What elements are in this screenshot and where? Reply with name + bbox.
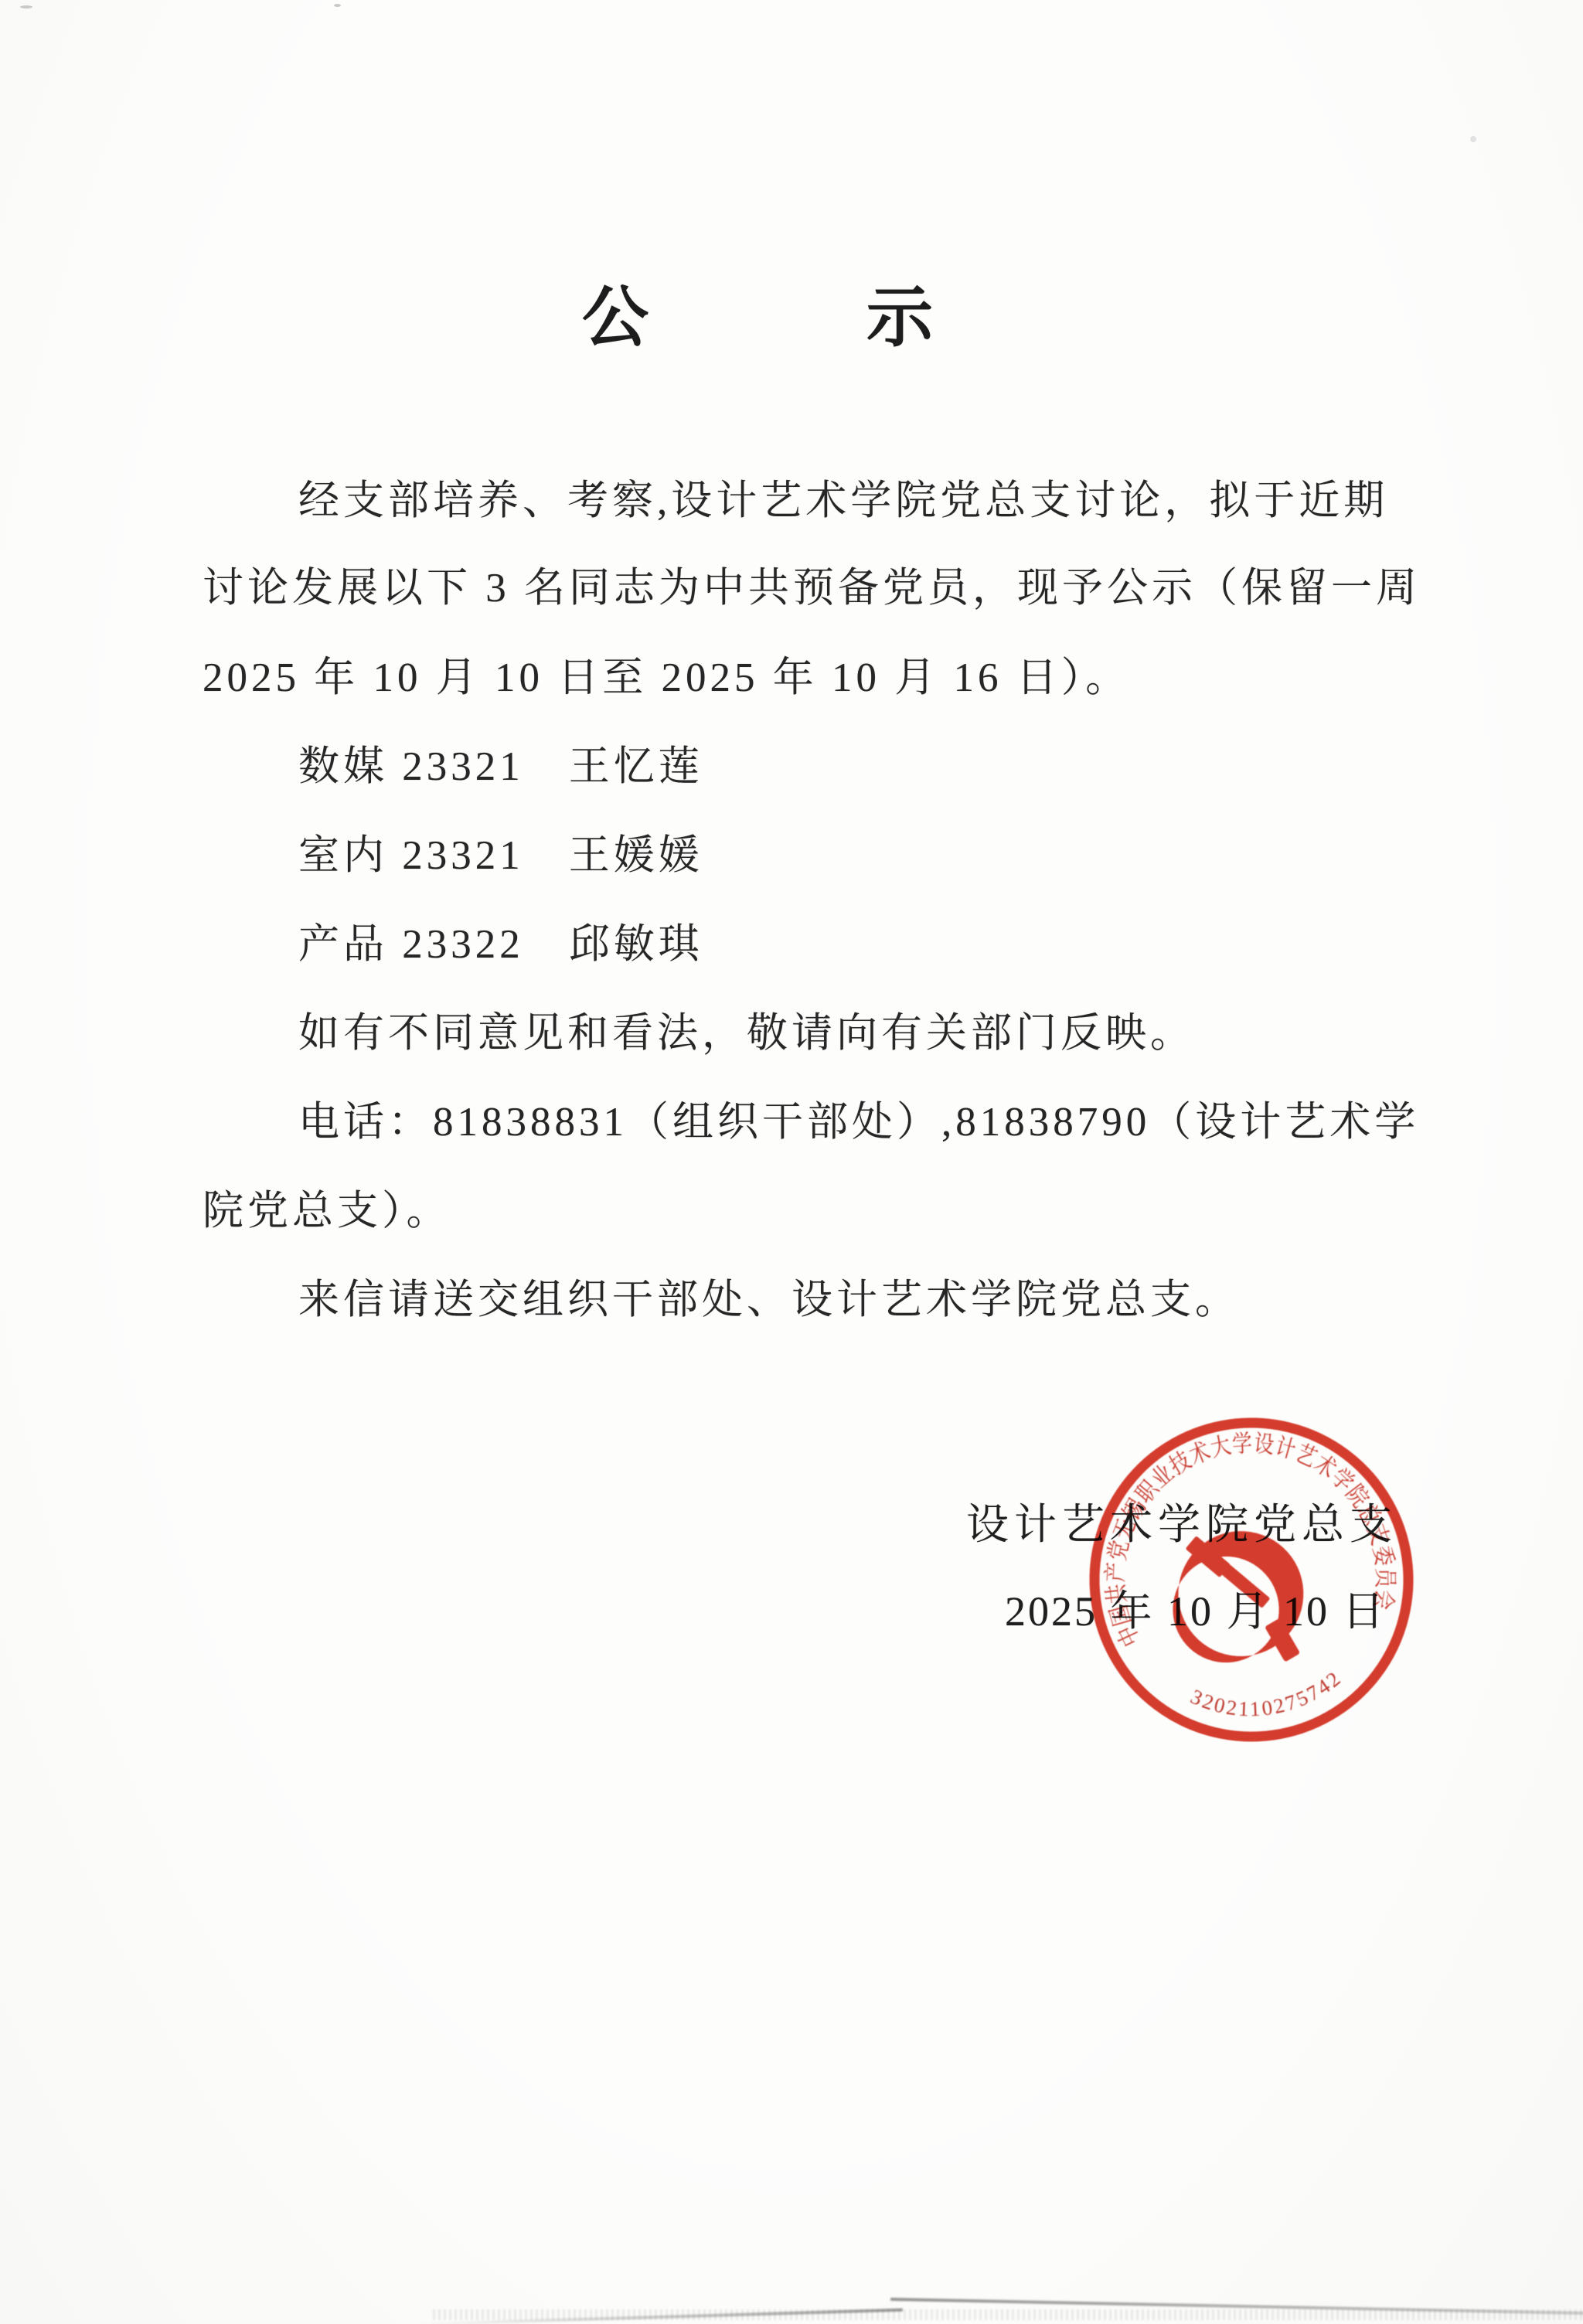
scan-speck xyxy=(1470,136,1476,142)
body-line-phone: 电话：81838831（组织干部处）,81838790（设计艺术学 xyxy=(298,1102,1419,1143)
title-char-right: 示 xyxy=(866,284,933,351)
body-line: 讨论发展以下 3 名同志为中共预备党员，现予公示（保留一周 xyxy=(203,568,1421,609)
scan-speck xyxy=(334,4,341,7)
body-line-candidate: 室内 23321 王媛媛 xyxy=(298,835,703,876)
official-seal: 中国共产党无锡职业技术大学设计艺术学院总支委员会 3202110275742 xyxy=(1060,1388,1443,1772)
official-seal-graphic: 中国共产党无锡职业技术大学设计艺术学院总支委员会 3202110275742 xyxy=(1060,1388,1443,1772)
body-line: 如有不同意见和看法，敬请向有关部门反映。 xyxy=(298,1013,1195,1054)
body-line-candidate: 产品 23322 邱敏琪 xyxy=(298,924,703,965)
title-char-left: 公 xyxy=(582,284,649,351)
body-line: 来信请送交组织干部处、设计艺术学院党总支。 xyxy=(298,1280,1240,1321)
body-line: 院党总支）。 xyxy=(203,1191,451,1232)
body-line-candidate: 数媒 23321 王忆莲 xyxy=(298,747,703,788)
page-title: 公 示 xyxy=(0,284,1549,351)
scan-speck xyxy=(20,5,32,9)
scanned-notice-page: 公 示 经支部培养、考察,设计艺术学院党总支讨论，拟于近期 讨论发展以下 3 名… xyxy=(0,0,1583,2324)
hammer-sickle-icon xyxy=(1163,1522,1313,1676)
body-line: 2025 年 10 月 10 日至 2025 年 10 月 16 日）。 xyxy=(203,658,1130,699)
body-line: 经支部培养、考察,设计艺术学院党总支讨论，拟于近期 xyxy=(298,481,1388,522)
